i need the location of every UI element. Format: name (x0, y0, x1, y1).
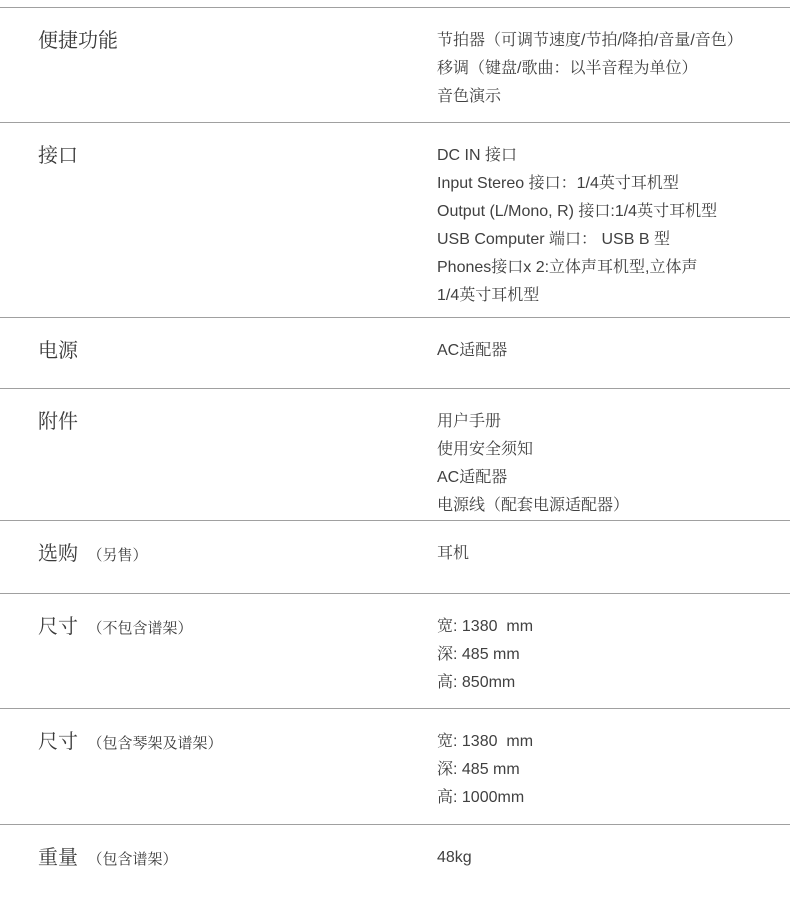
spec-value-cell: 宽: 1380 mm 深: 485 mm 高: 1000mm (437, 728, 790, 824)
spec-label-cell: 附件 (38, 408, 437, 520)
spec-value-line: Output (L/Mono, R) 接口:1/4英寸耳机型 (437, 198, 788, 226)
spec-value-cell: 耳机 (437, 540, 790, 593)
spec-value-line: 使用安全须知 (437, 436, 788, 464)
spec-label-cell: 尺寸 （不包含谱架） (38, 613, 437, 708)
spec-value-cell: 宽: 1380 mm 深: 485 mm 高: 850mm (437, 613, 790, 708)
spec-label: 附件 (38, 411, 78, 433)
spec-value-line: 1/4英寸耳机型 (437, 282, 788, 310)
spec-value-line: 48kg (437, 844, 788, 872)
spec-value-cell: AC适配器 (437, 337, 790, 388)
spec-value-cell: 用户手册 使用安全须知 AC适配器 电源线（配套电源适配器） (437, 408, 790, 520)
spec-label: 接口 (38, 145, 78, 167)
spec-row-dimensions-without-stand: 尺寸 （不包含谱架） 宽: 1380 mm 深: 485 mm 高: 850mm (0, 594, 790, 709)
spec-value-line: AC适配器 (437, 464, 788, 492)
spec-row-power: 电源 AC适配器 (0, 318, 790, 389)
spec-value-line: 移调（键盘/歌曲：以半音程为单位） (437, 55, 788, 83)
spec-label: 电源 (38, 340, 78, 362)
spec-label-note: （包含谱架） (87, 851, 177, 868)
spec-value-line: USB Computer 端口： USB B 型 (437, 226, 788, 254)
spec-value-line: 用户手册 (437, 408, 788, 436)
spec-value-line: DC IN 接口 (437, 142, 788, 170)
spec-label-note: （包含琴架及谱架） (87, 735, 222, 752)
spec-value-cell: 48kg (437, 844, 790, 904)
spec-value-line: AC适配器 (437, 337, 788, 365)
spec-value-line: 高: 850mm (437, 669, 788, 697)
spec-label-cell: 接口 (38, 142, 437, 317)
spec-value-line: 电源线（配套电源适配器） (437, 492, 788, 520)
spec-page: 便捷功能 节拍器（可调节速度/节拍/降拍/音量/音色） 移调（键盘/歌曲：以半音… (0, 0, 790, 904)
spec-row-accessories: 附件 用户手册 使用安全须知 AC适配器 电源线（配套电源适配器） (0, 389, 790, 521)
spec-label: 便捷功能 (38, 30, 118, 52)
spec-value-line: 深: 485 mm (437, 756, 788, 784)
spec-value-line: Input Stereo 接口：1/4英寸耳机型 (437, 170, 788, 198)
spec-label-note: （另售） (87, 547, 147, 564)
spec-label: 尺寸 (38, 616, 78, 638)
spec-value-line: 高: 1000mm (437, 784, 788, 812)
spec-label: 选购 (38, 543, 78, 565)
spec-label: 尺寸 (38, 731, 78, 753)
spec-row-optional: 选购 （另售） 耳机 (0, 521, 790, 594)
spec-value-line: 宽: 1380 mm (437, 728, 788, 756)
spec-row-convenient-functions: 便捷功能 节拍器（可调节速度/节拍/降拍/音量/音色） 移调（键盘/歌曲：以半音… (0, 8, 790, 123)
spec-row-ports: 接口 DC IN 接口 Input Stereo 接口：1/4英寸耳机型 Out… (0, 123, 790, 318)
spec-value-line: 耳机 (437, 540, 788, 568)
spec-value-line: 节拍器（可调节速度/节拍/降拍/音量/音色） (437, 27, 788, 55)
spec-label-cell: 便捷功能 (38, 27, 437, 122)
spec-value-line: 宽: 1380 mm (437, 613, 788, 641)
spec-label-cell: 重量 （包含谱架） (38, 844, 437, 904)
spec-label-note: （不包含谱架） (87, 620, 192, 637)
spec-row-weight: 重量 （包含谱架） 48kg (0, 825, 790, 904)
spec-value-line: 深: 485 mm (437, 641, 788, 669)
spec-label-cell: 尺寸 （包含琴架及谱架） (38, 728, 437, 824)
spec-value-line: Phones接口x 2:立体声耳机型,立体声 (437, 254, 788, 282)
spec-row-dimensions-with-stand: 尺寸 （包含琴架及谱架） 宽: 1380 mm 深: 485 mm 高: 100… (0, 709, 790, 825)
spec-value-cell: DC IN 接口 Input Stereo 接口：1/4英寸耳机型 Output… (437, 142, 790, 317)
spec-label-cell: 选购 （另售） (38, 540, 437, 593)
spec-label-cell: 电源 (38, 337, 437, 388)
spec-table: 便捷功能 节拍器（可调节速度/节拍/降拍/音量/音色） 移调（键盘/歌曲：以半音… (0, 7, 790, 904)
spec-value-line: 音色演示 (437, 83, 788, 111)
spec-value-cell: 节拍器（可调节速度/节拍/降拍/音量/音色） 移调（键盘/歌曲：以半音程为单位）… (437, 27, 790, 122)
spec-label: 重量 (38, 847, 78, 869)
